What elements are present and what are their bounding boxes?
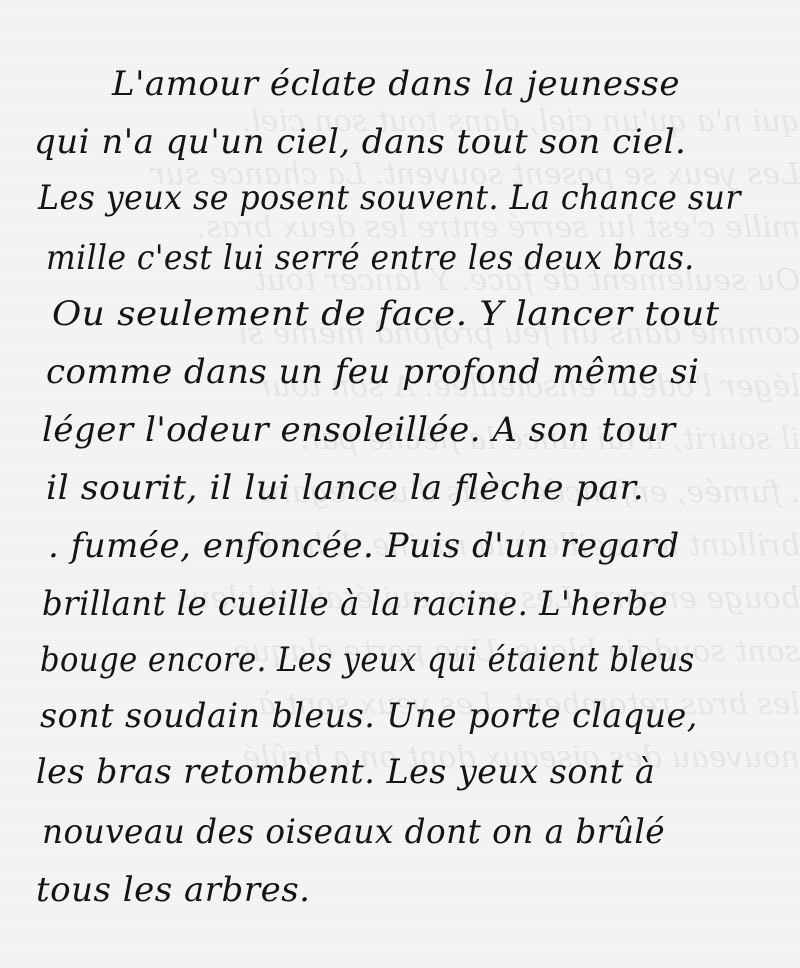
manuscript-line-11: bouge encore. Les yeux qui étaient bleus xyxy=(40,640,695,680)
manuscript-line-6: comme dans un feu profond même si xyxy=(46,352,700,392)
manuscript-line-7: léger l'odeur ensoleillée. A son tour xyxy=(42,410,676,450)
manuscript-line-14: nouveau des oiseaux dont on a brûlé xyxy=(42,812,665,852)
manuscript-line-8: il sourit, il lui lance la flèche par. xyxy=(46,468,644,508)
manuscript-line-15: tous les arbres. xyxy=(36,870,310,910)
manuscript-line-10: brillant le cueille à la racine. L'herbe xyxy=(42,584,668,624)
manuscript-line-2: qui n'a qu'un ciel, dans tout son ciel. xyxy=(34,122,686,162)
manuscript-line-1: L'amour éclate dans la jeunesse xyxy=(112,64,680,104)
manuscript-line-5: Ou seulement de face. Y lancer tout xyxy=(52,294,720,334)
manuscript-page: qui n'a qu'un ciel, dans tout son ciel.L… xyxy=(0,0,800,968)
manuscript-line-12: sont soudain bleus. Une porte claque, xyxy=(40,696,698,736)
manuscript-line-4: mille c'est lui serré entre les deux bra… xyxy=(46,238,695,278)
manuscript-line-9: . fumée, enfoncée. Puis d'un regard xyxy=(48,526,680,566)
manuscript-line-3: Les yeux se posent souvent. La chance su… xyxy=(38,178,741,218)
manuscript-line-13: les bras retombent. Les yeux sont à xyxy=(36,752,655,792)
